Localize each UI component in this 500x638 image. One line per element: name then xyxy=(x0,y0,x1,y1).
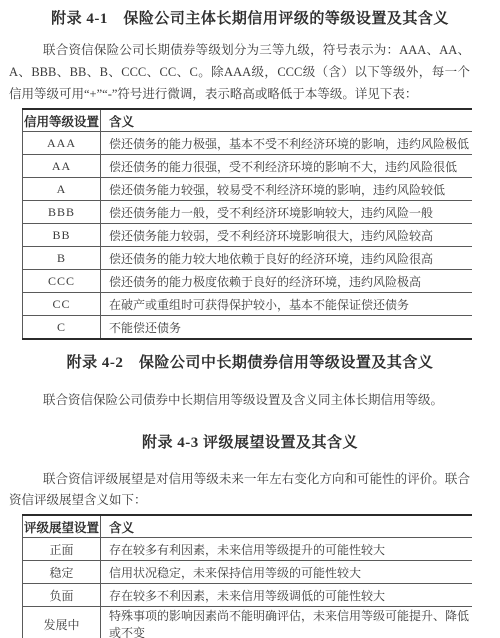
table-row: 稳定信用状况稳定，未来保持信用等级的可能性较大 xyxy=(23,561,473,584)
appendix-4-1-paragraph: 联合资信保险公司长期债券等级划分为三等九级，符号表示为：AAA、AA、A、BBB… xyxy=(9,39,470,105)
table-row: AAA偿还债务的能力极强，基本不受不利经济环境的影响，违约风险极低 xyxy=(23,132,473,155)
meaning-cell: 存在较多不利因素，未来信用等级调低的可能性较大 xyxy=(101,584,473,607)
meaning-cell: 不能偿还债务 xyxy=(101,316,473,340)
table-row: BBB偿还债务能力一般，受不利经济环境影响较大，违约风险一般 xyxy=(23,201,473,224)
table-row: A偿还债务能力较强，较易受不利经济环境的影响，违约风险较低 xyxy=(23,178,473,201)
outlook-meaning-column-header: 含义 xyxy=(101,515,473,538)
meaning-cell: 特殊事项的影响因素尚不能明确评估，未来信用等级可能提升、降低或不变 xyxy=(101,607,473,638)
grade-cell: A xyxy=(23,178,101,201)
meaning-cell: 存在较多有利因素，未来信用等级提升的可能性较大 xyxy=(101,538,473,561)
meaning-cell: 偿还债务的能力很强，受不利经济环境的影响不大，违约风险很低 xyxy=(101,155,473,178)
outlook-column-header: 评级展望设置 xyxy=(23,515,101,538)
meaning-cell: 偿还债务的能力极强，基本不受不利经济环境的影响，违约风险极低 xyxy=(101,132,473,155)
meaning-cell: 偿还债务能力较弱，受不利经济环境影响很大，违约风险较高 xyxy=(101,224,473,247)
grade-cell: CCC xyxy=(23,270,101,293)
appendix-4-2-title: 附录 4-2 保险公司中长期债券信用等级设置及其含义 xyxy=(0,353,500,373)
table-row: CCC偿还债务的能力极度依赖于良好的经济环境，违约风险极高 xyxy=(23,270,473,293)
outlook-cell: 负面 xyxy=(23,584,101,607)
appendix-4-3-paragraph: 联合资信评级展望是对信用等级未来一年左右变化方向和可能性的评价。联合资信评级展望… xyxy=(9,469,470,511)
meaning-cell: 偿还债务的能力极度依赖于良好的经济环境，违约风险极高 xyxy=(101,270,473,293)
grade-cell: AA xyxy=(23,155,101,178)
credit-rating-header-row: 信用等级设置 含义 xyxy=(23,109,473,132)
table-row: CC在破产或重组时可获得保护较小，基本不能保证偿还债务 xyxy=(23,293,473,316)
appendix-4-3-title: 附录 4-3 评级展望设置及其含义 xyxy=(0,433,500,453)
table-row: AA偿还债务的能力很强，受不利经济环境的影响不大，违约风险很低 xyxy=(23,155,473,178)
rating-outlook-table: 评级展望设置 含义 正面存在较多有利因素，未来信用等级提升的可能性较大 稳定信用… xyxy=(22,514,472,638)
credit-rating-table: 信用等级设置 含义 AAA偿还债务的能力极强，基本不受不利经济环境的影响，违约风… xyxy=(22,108,472,340)
grade-cell: C xyxy=(23,316,101,340)
meaning-cell: 偿还债务能力一般，受不利经济环境影响较大，违约风险一般 xyxy=(101,201,473,224)
table-row: BB偿还债务能力较弱，受不利经济环境影响很大，违约风险较高 xyxy=(23,224,473,247)
outlook-cell: 发展中 xyxy=(23,607,101,638)
appendix-4-2-paragraph: 联合资信保险公司债券中长期信用等级设置及含义同主体长期信用等级。 xyxy=(9,389,470,411)
table-row: C不能偿还债务 xyxy=(23,316,473,340)
outlook-cell: 稳定 xyxy=(23,561,101,584)
grade-cell: AAA xyxy=(23,132,101,155)
meaning-cell: 信用状况稳定，未来保持信用等级的可能性较大 xyxy=(101,561,473,584)
grade-cell: BB xyxy=(23,224,101,247)
table-row: B偿还债务的能力较大地依赖于良好的经济环境，违约风险很高 xyxy=(23,247,473,270)
credit-grade-column-header: 信用等级设置 xyxy=(23,109,101,132)
meaning-cell: 偿还债务能力较强，较易受不利经济环境的影响，违约风险较低 xyxy=(101,178,473,201)
grade-cell: CC xyxy=(23,293,101,316)
outlook-cell: 正面 xyxy=(23,538,101,561)
meaning-cell: 偿还债务的能力较大地依赖于良好的经济环境，违约风险很高 xyxy=(101,247,473,270)
table-row: 正面存在较多有利因素，未来信用等级提升的可能性较大 xyxy=(23,538,473,561)
grade-cell: BBB xyxy=(23,201,101,224)
table-row: 发展中特殊事项的影响因素尚不能明确评估，未来信用等级可能提升、降低或不变 xyxy=(23,607,473,638)
credit-meaning-column-header: 含义 xyxy=(101,109,473,132)
table-row: 负面存在较多不利因素，未来信用等级调低的可能性较大 xyxy=(23,584,473,607)
outlook-header-row: 评级展望设置 含义 xyxy=(23,515,473,538)
document-page: 附录 4-1 保险公司主体长期信用评级的等级设置及其含义 联合资信保险公司长期债… xyxy=(0,0,500,638)
grade-cell: B xyxy=(23,247,101,270)
meaning-cell: 在破产或重组时可获得保护较小，基本不能保证偿还债务 xyxy=(101,293,473,316)
appendix-4-1-title: 附录 4-1 保险公司主体长期信用评级的等级设置及其含义 xyxy=(0,0,500,29)
